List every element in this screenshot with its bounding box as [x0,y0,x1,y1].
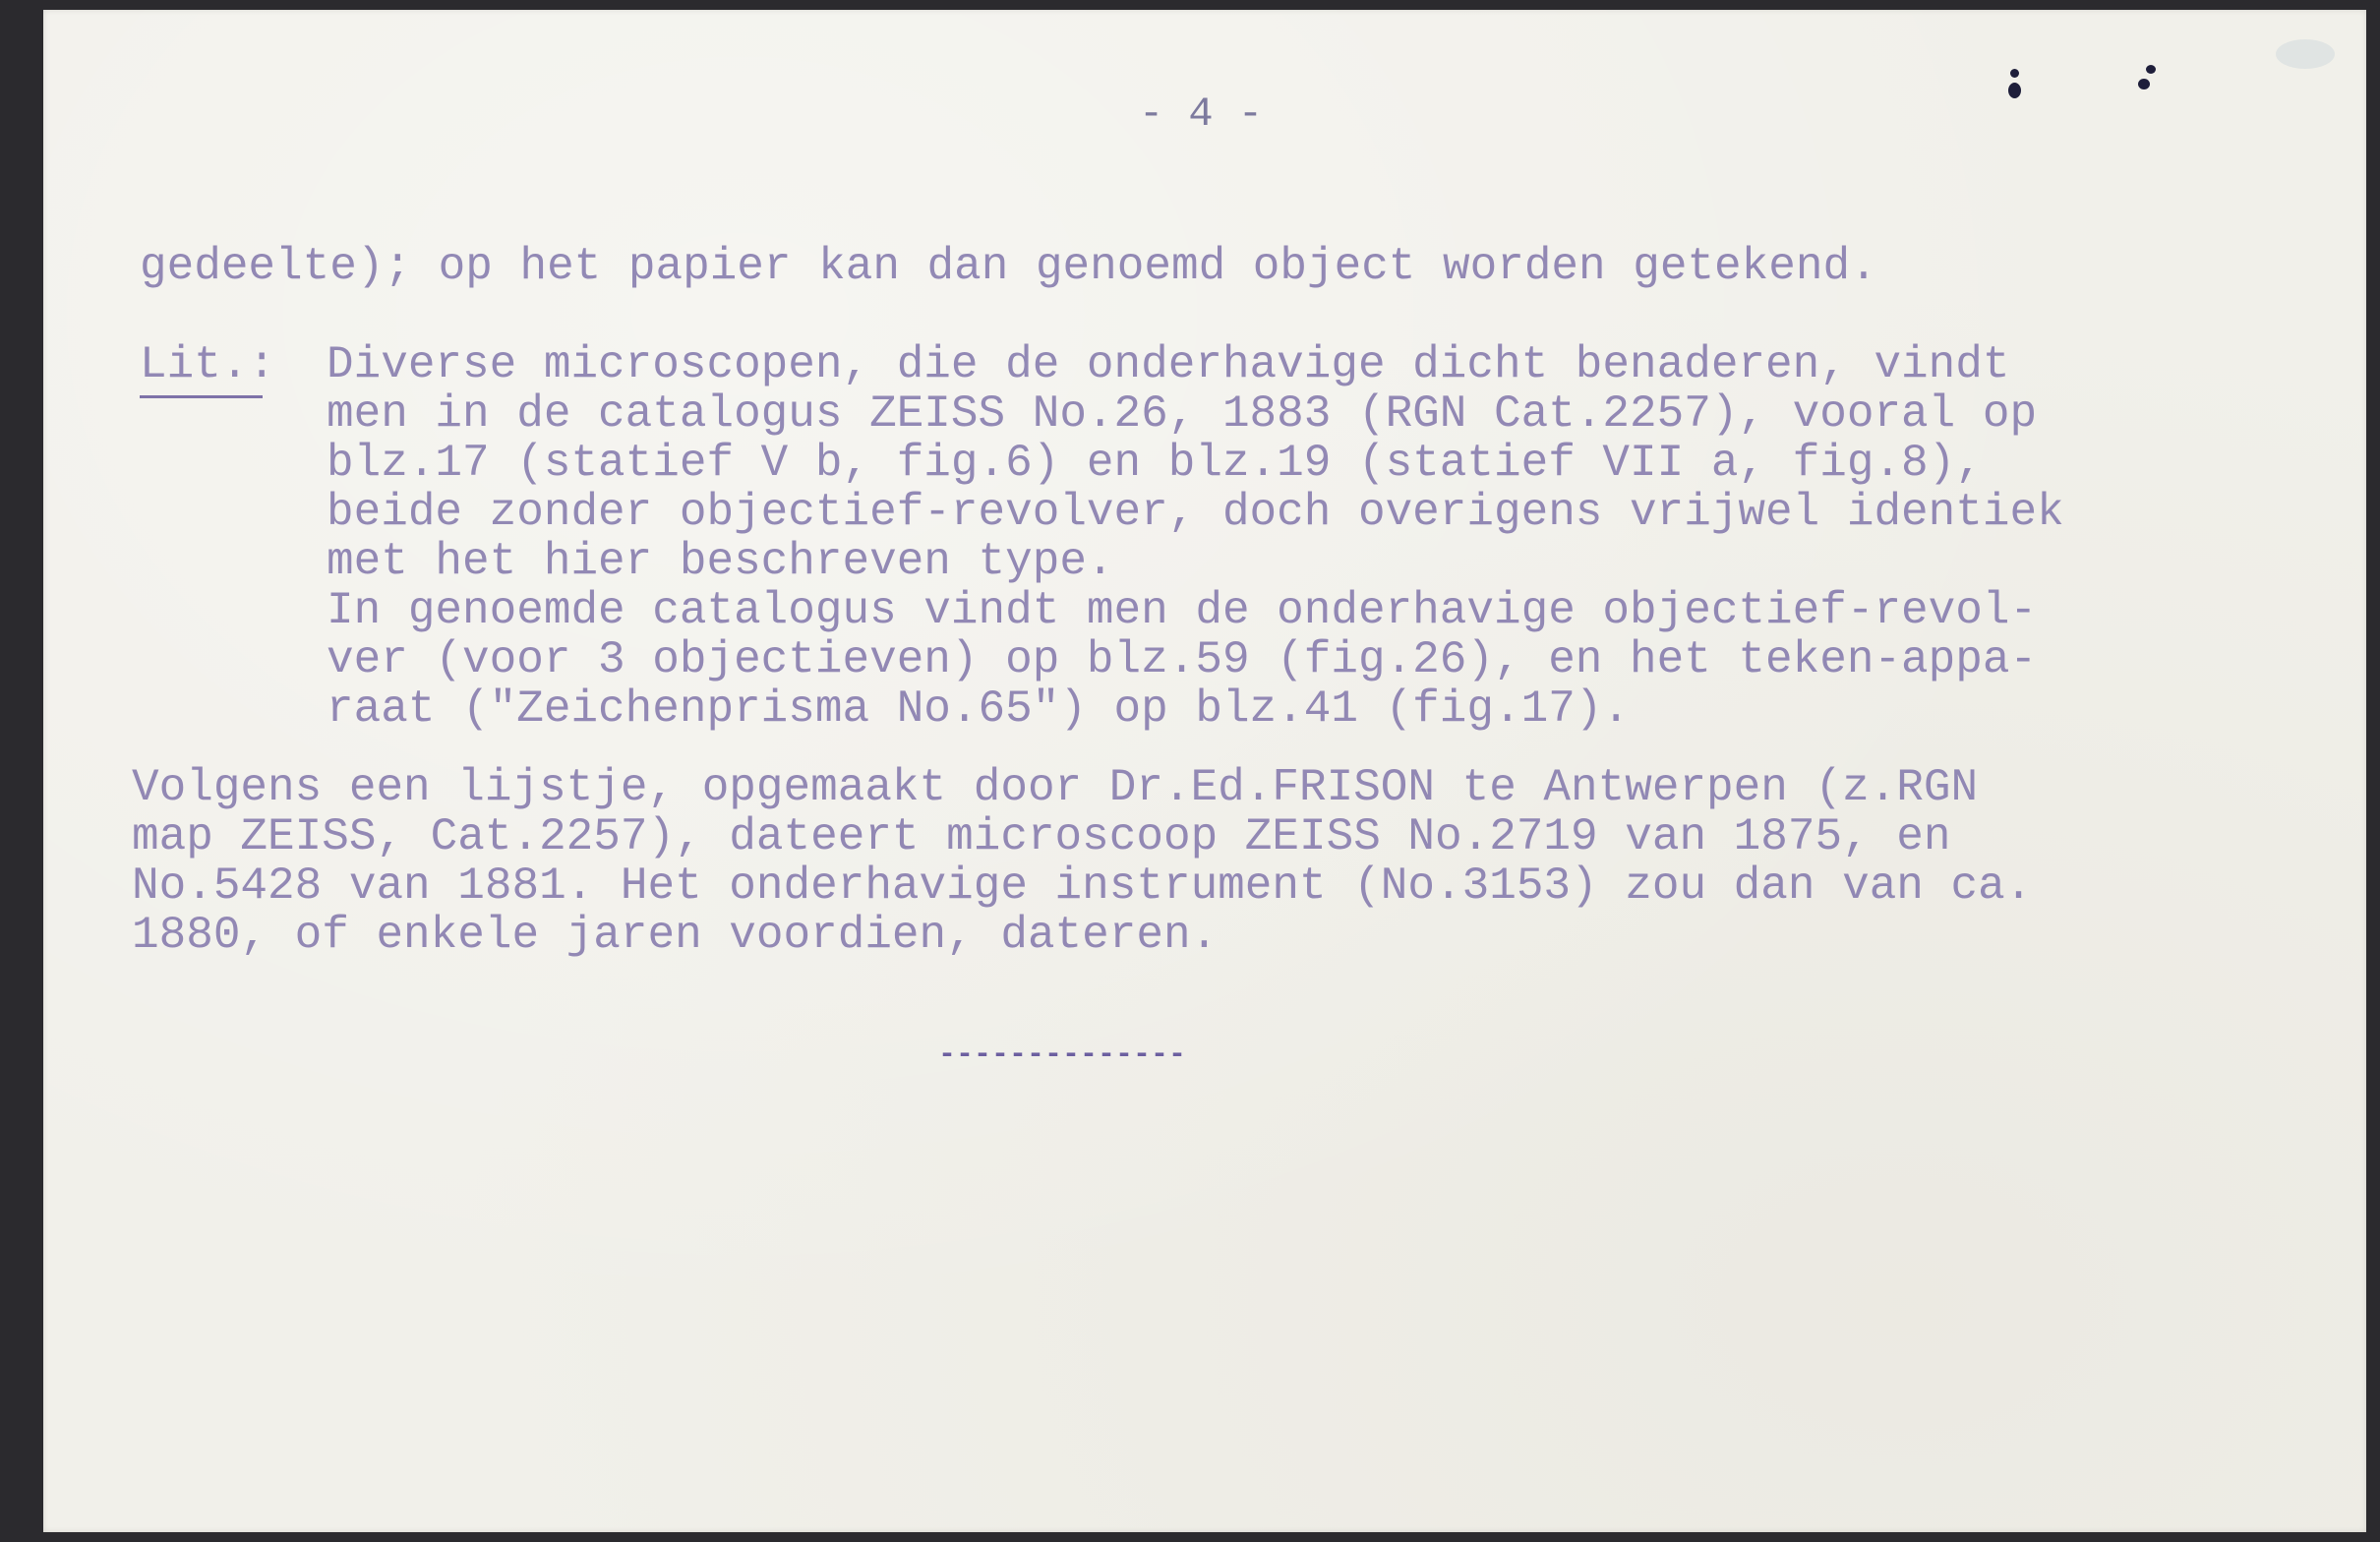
text-line: 1880, of enkele jaren voordien, dateren. [132,913,1218,958]
lit-label: Lit.: [140,342,275,387]
ink-speck [2010,69,2019,78]
text-line: Volgens een lijstje, opgemaakt door Dr.E… [132,765,1978,810]
lit-underline [140,395,263,398]
text-line: beide zonder objectief-revolver, doch ov… [327,490,2064,535]
text-line: map ZEISS, Cat.2257), dateert microscoop… [132,814,1951,860]
section-divider: -------------- [938,1038,1186,1072]
text-line: men in de catalogus ZEISS No.26, 1883 (R… [327,391,2037,437]
ink-speck [2138,79,2150,89]
text-line: No.5428 van 1881. Het onderhavige instru… [132,863,2032,909]
ink-speck [2146,65,2156,74]
text-line: blz.17 (statief V b, fig.6) en blz.19 (s… [327,441,1983,486]
text-line: raat ("Zeichenprisma No.65") op blz.41 (… [327,686,1630,732]
text-line: gedeelte); op het papier kan dan genoemd… [140,244,1877,289]
text-line: met het hier beschreven type. [327,539,1114,584]
paper-sheet: - 4 - gedeelte); op het papier kan dan g… [43,10,2366,1532]
page-number: - 4 - [1139,90,1263,138]
text-line: ver (voor 3 objectieven) op blz.59 (fig.… [327,637,2037,682]
scanned-page: - 4 - gedeelte); op het papier kan dan g… [0,0,2380,1542]
text-line: In genoemde catalogus vindt men de onder… [327,588,2037,633]
paper-smudge [2276,39,2335,69]
ink-speck [2008,83,2021,98]
text-line: Diverse microscopen, die de onderhavige … [327,342,2009,387]
